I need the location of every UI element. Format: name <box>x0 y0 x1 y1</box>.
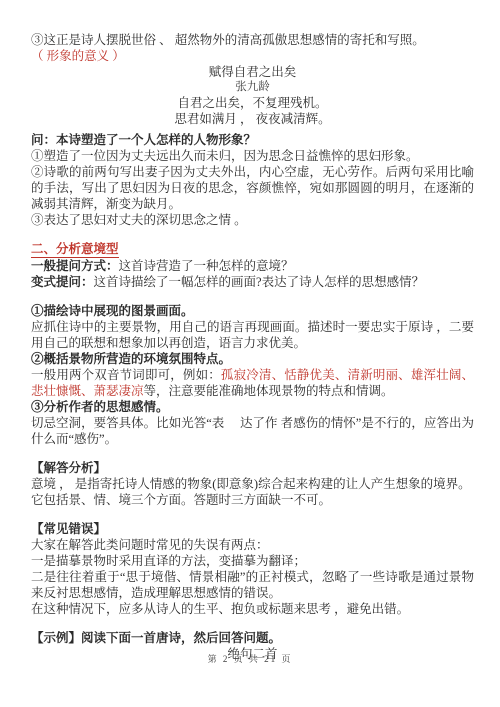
answer-point-2: ②诗歌的前两句写出妻子因为丈夫外出，内心空虚，无心劳作。后两句采用比喻的手法，写… <box>31 164 474 212</box>
answer-point-1: ①塑造了一位因为丈夫远出久而未归，因为思念日益憔悴的思妇形象。 <box>31 148 474 164</box>
variant-question-text: 这首诗描绘了一幅怎样的画面?表达了诗人怎样的思想感情？ <box>94 275 425 289</box>
analysis-heading: 【解答分析】 <box>31 460 474 476</box>
step-2-title: ②概括景物所营造的环境氛围特点。 <box>31 351 474 367</box>
step-1-title: ①描绘诗中展现的图景画面。 <box>31 303 474 319</box>
poem-line-2: 思君如满月 ， 夜夜减清辉。 <box>31 111 474 127</box>
general-question-text: 这首诗营造了一种怎样的意境？ <box>119 259 294 273</box>
intro-point-3: ③这正是诗人摆脱世俗 、 超然物外的清高孤傲思想感情的寄托和写照。 <box>31 32 474 48</box>
page-number-footer: 第 2 页 共 21 页 <box>0 651 500 667</box>
example-heading: 【示例】阅读下面一首唐诗，然后回答问题。 <box>31 630 474 646</box>
poem-title: 赋得自君之出矣 <box>31 64 474 80</box>
poem-line-1: 自君之出矣，不复理残机。 <box>31 95 474 111</box>
analysis-line-1: 意境 ， 是指寄托诗人情感的物象(即意象)综合起来构建的让人产生想象的境界。 <box>31 476 474 492</box>
answer-point-3: ③表达了思妇对丈夫的深切思念之情 。 <box>31 212 474 228</box>
mistakes-intro: 大家在解答此类问题时常见的失误有两点： <box>31 537 474 553</box>
poem-author: 张九龄 <box>31 80 474 95</box>
document-page: ③这正是诗人摆脱世俗 、 超然物外的清高孤傲思想感情的寄托和写照。 （ 形象的意… <box>0 0 500 707</box>
variant-question-label: 变式提问： <box>31 275 94 289</box>
image-meaning-note: （ 形象的意义 ） <box>31 48 474 64</box>
general-question-line: 一般提问方式：这首诗营造了一种怎样的意境？ <box>31 258 474 274</box>
step-3-title: ③分析作者的思想感情。 <box>31 399 474 415</box>
document-content: ③这正是诗人摆脱世俗 、 超然物外的清高孤傲思想感情的寄托和写照。 （ 形象的意… <box>31 32 474 662</box>
step-2-body-suffix: 等，注意要能准确地体现景物的特点和情调。 <box>144 384 394 398</box>
step-3-body: 切忌空洞，要答具体。比如光答“表 达了作 者感伤的情怀”是不行的，应答出为什么而… <box>31 415 474 447</box>
step-2-body: 一般用两个双音节词即可，例如：孤寂冷清、恬静优美、清新明丽、雄浑壮阔、悲壮慷慨、… <box>31 367 474 399</box>
mistakes-point-1: 一是描摹景物时采用直译的方法，变描摹为翻译； <box>31 553 474 569</box>
analysis-line-2: 它包括景、情、境三个方面。答题时三方面缺一不可。 <box>31 492 474 508</box>
mistakes-advice: 在这种情况下，应多从诗人的生平、抱负或标题来思考 ，避免出错。 <box>31 601 474 617</box>
variant-question-line: 变式提问：这首诗描绘了一幅怎样的画面?表达了诗人怎样的思想感情？ <box>31 274 474 290</box>
question-heading: 问：本诗塑造了一个人怎样的人物形象？ <box>31 132 474 148</box>
step-2-body-prefix: 一般用两个双音节词即可，例如： <box>31 368 221 382</box>
section-2-heading: 二、分析意境型 <box>31 241 474 258</box>
general-question-label: 一般提问方式： <box>31 259 119 273</box>
mistakes-heading: 【常见错误】 <box>31 521 474 537</box>
step-1-body: 应抓住诗中的主要景物，用自己的语言再现画面。描述时一要忠实于原诗 ，二要用自己的… <box>31 319 474 351</box>
mistakes-point-2: 二是往往着重于“思于境偕、情景相融”的正衬模式，忽略了一些诗歌是通过景物来反衬思… <box>31 569 474 601</box>
